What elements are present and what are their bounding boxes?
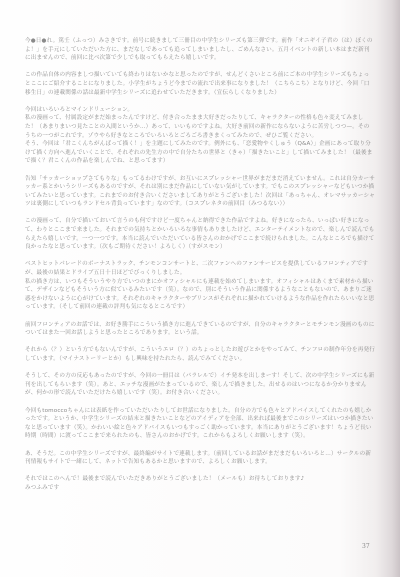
paragraph-manga-style: 私の漫画って、付属設定がまだ始まったんですけど、付き合ったまま大好きだったりして… [25, 114, 375, 140]
paragraph-heading: 今回はいろいろとマインドリューション。 [25, 106, 375, 115]
page-number: 37 [362, 543, 370, 550]
paragraph-series-note: この作品自体の内容ましつ描いていても終わりはないかなと思ったのですが、せんどくさ… [25, 71, 375, 97]
scanned-page: 今●日●れ。篤壬（ふっつ）みさきです。前号に続きまして三冊目の中学生シリーズも第… [0, 0, 400, 577]
paragraph-reissue: それから（？）という方でもないんですが、こういうエロ（？）のちょっとしたお遊びと… [25, 346, 375, 363]
closing-line: それではこのへんで！最後まで読んでいただきありがとうございました！（メールも）お… [25, 475, 375, 484]
paragraph-theme: そう、今回は「君こくんちがんばって描く！」を主題にしてみたのです。例外にも、「恋… [25, 140, 375, 166]
paragraph-reflection: この漫画って、自分で描いておいて言うのも何ですけど一度ちゃんと納得できた作品です… [25, 217, 375, 251]
author-signature: みつふみです [25, 484, 375, 493]
paragraph-announcement: 告知「サッカーショップさてもりな」もってるわけですが、お互いにスプレッシャー世界… [25, 175, 375, 209]
paragraph-drawing-style: 私の描き方は、いつもそういうやり方でいつのまにかオフィシャルにも連載を始めてしま… [25, 278, 375, 312]
paragraph-intro: 今●日●れ。篤壬（ふっつ）みさきです。前号に続きまして三冊目の中学生シリーズも第… [25, 37, 375, 63]
paragraph-new-release: そうして、その方の反応もあったのですが、今回の一冊目は（パラレルで）イチ発本を出… [25, 372, 375, 398]
body-text: 今●日●れ。篤壬（ふっつ）みさきです。前号に続きまして三冊目の中学生シリーズも第… [25, 37, 375, 492]
paragraph-website: あ、そうだ。この中学生シリーズですが、最終編がサイトで連載します。（前回している… [25, 450, 375, 467]
paragraph-frontier: 前回フロンティアのお話では、お好き勝手にこういう描き方に進んできているのですが、… [25, 321, 375, 338]
paragraph-best-hit: ベストヒットパレードのボーナストラック、チンモンコンサートと、二次ファンへのファ… [25, 260, 375, 277]
paragraph-thanks: 今回もtomoccoちゃんには表紙を作っていただいたりしてお世話になりました。自… [25, 407, 375, 441]
